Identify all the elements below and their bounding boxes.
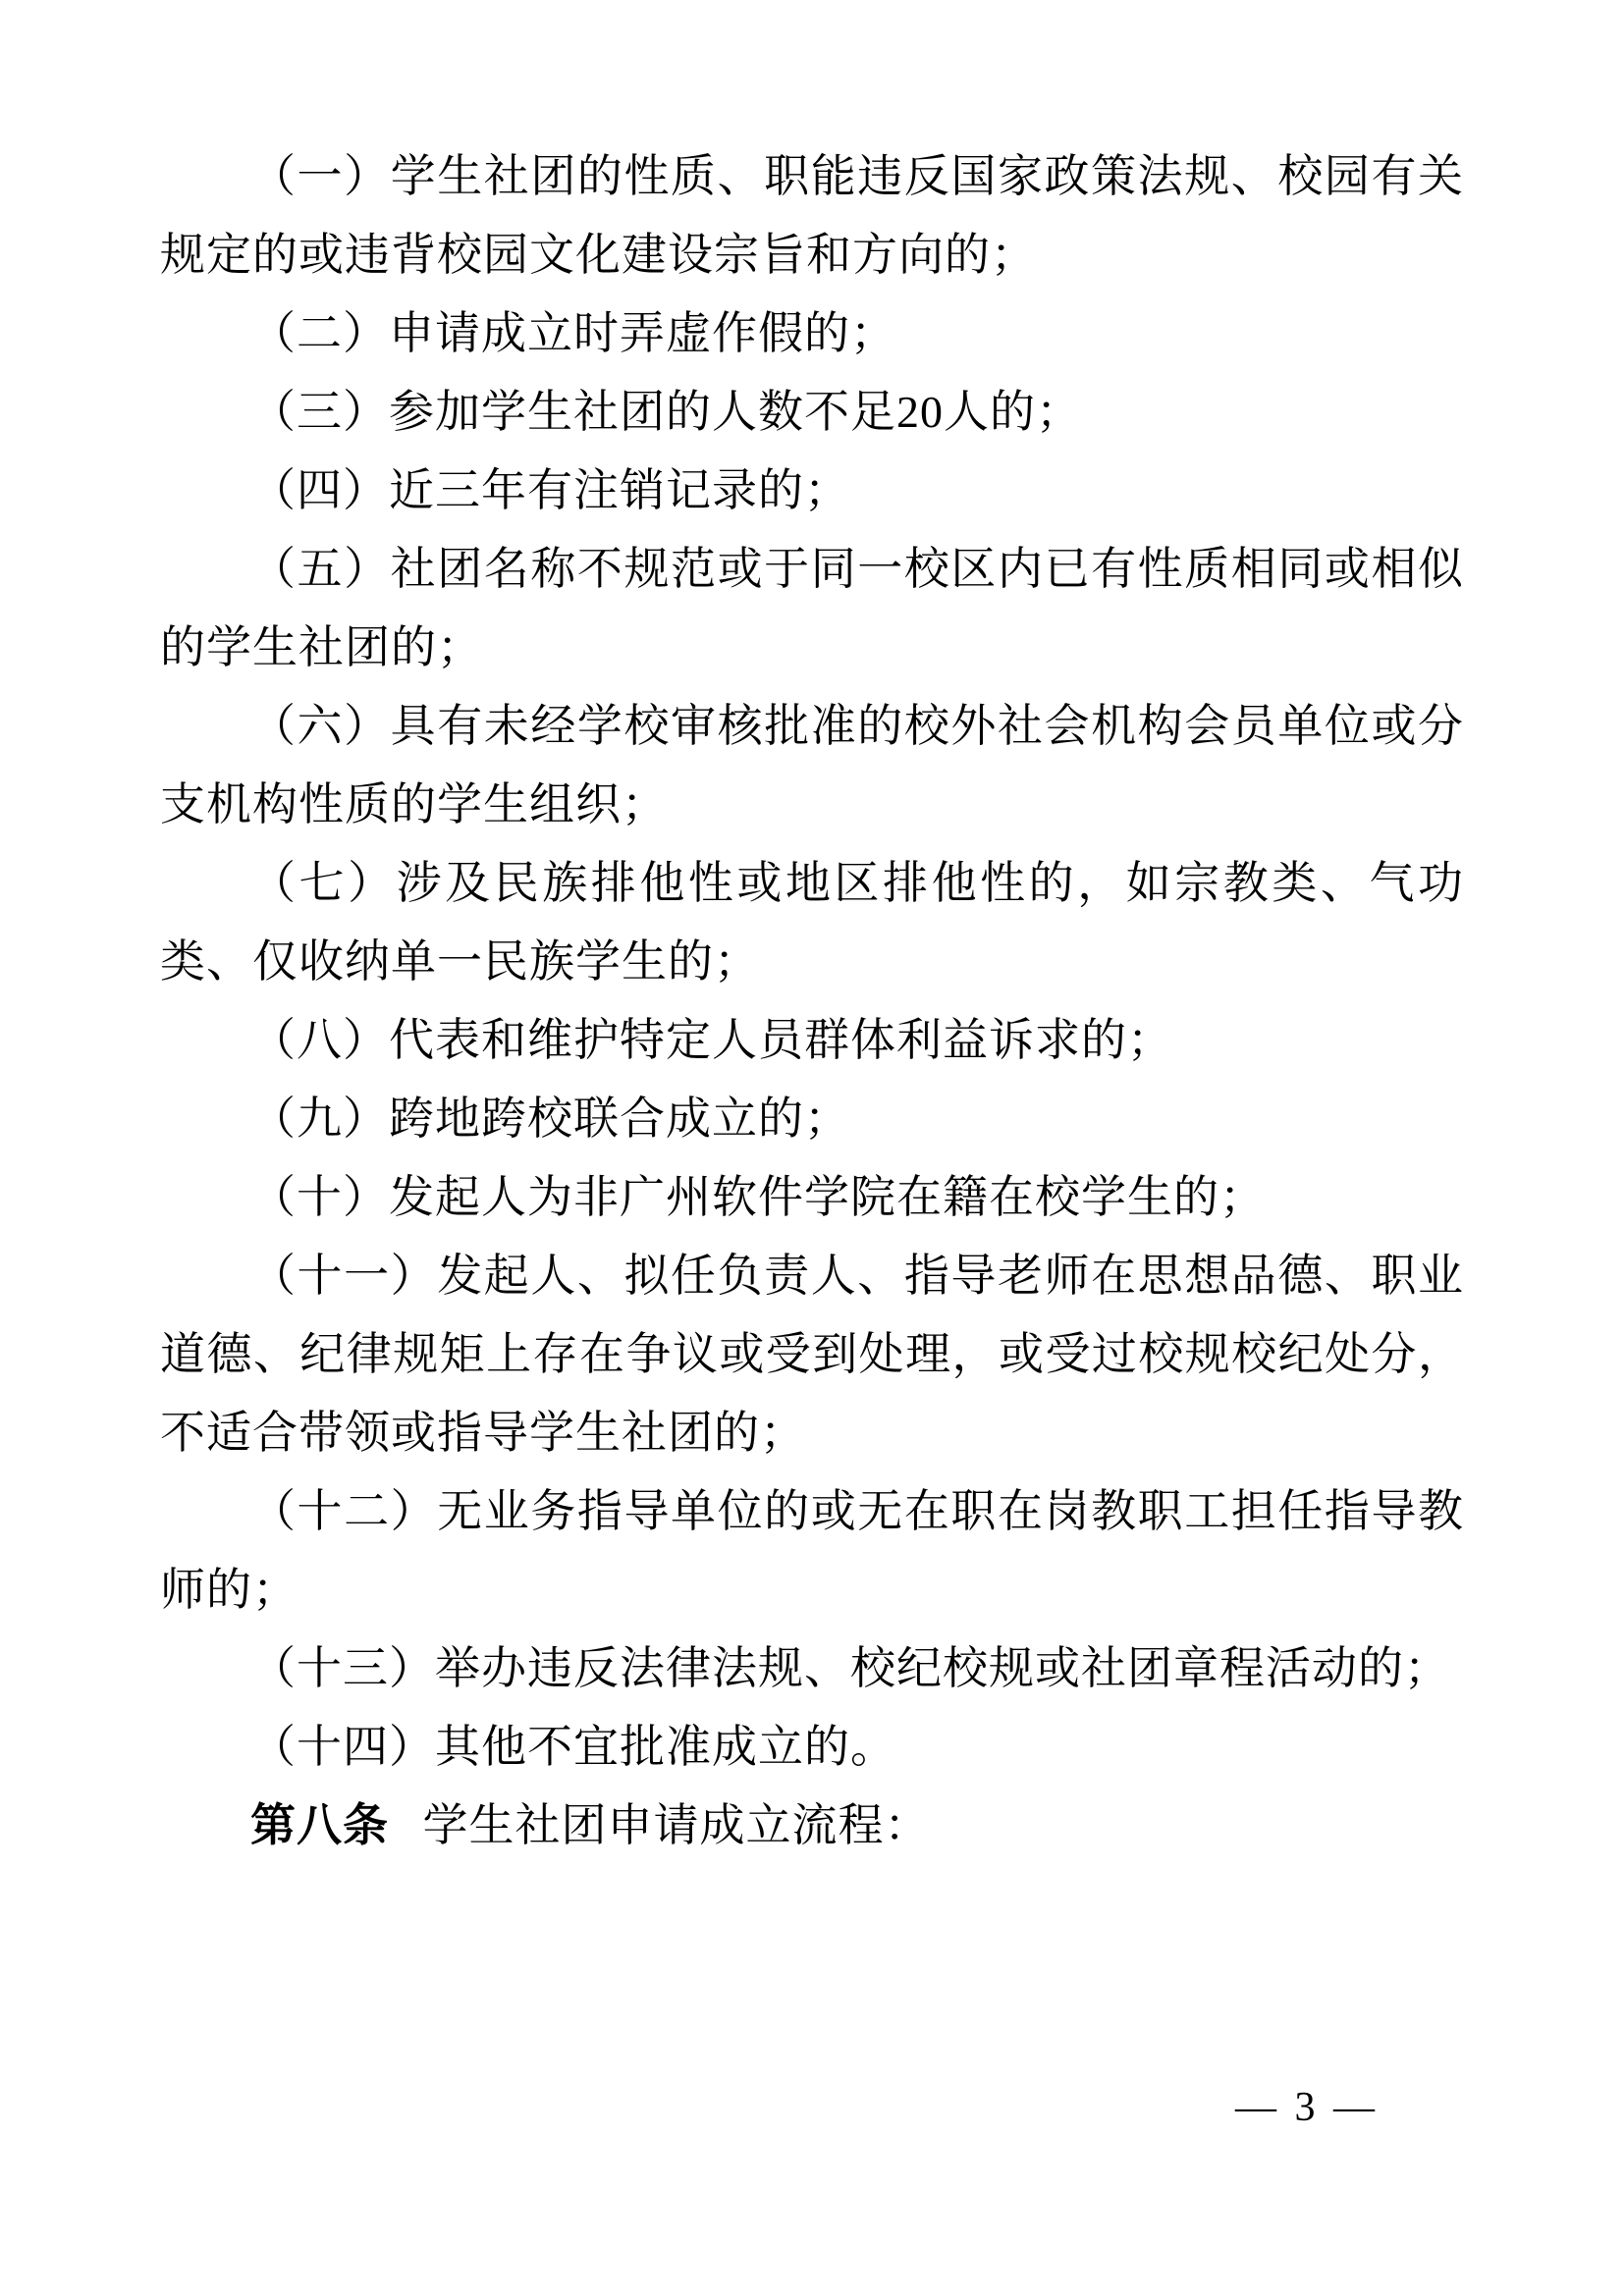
paragraph: （四）近三年有注销记录的； (160, 452, 1464, 530)
paragraph: （十三）举办违反法律法规、校纪校规或社团章程活动的； (160, 1629, 1464, 1708)
paragraph: （十二）无业务指导单位的或无在职在岗教职工担任指导教师的； (160, 1472, 1464, 1629)
paragraph-text: （十四）其他不宜批准成立的。 (250, 1722, 896, 1772)
paragraph-text: （三）参加学生社团的人数不足20人的； (250, 387, 1082, 437)
paragraph-text: （六）具有未经学校审核批准的校外社会机构会员单位或分支机构性质的学生组织； (160, 701, 1464, 829)
paragraph: （十一）发起人、拟任负责人、指导老师在思想品德、职业道德、纪律规矩上存在争议或受… (160, 1237, 1464, 1472)
document-body: （一）学生社团的性质、职能违反国家政策法规、校园有关规定的或违背校园文化建设宗旨… (160, 137, 1464, 1865)
paragraph: 第八条学生社团申请成立流程： (160, 1787, 1464, 1865)
paragraph-text: 学生社团申请成立流程： (423, 1800, 931, 1850)
article-number: 第八条 (250, 1800, 389, 1850)
paragraph: （七）涉及民族排他性或地区排他性的，如宗教类、气功类、仅收纳单一民族学生的； (160, 844, 1464, 1001)
paragraph: （十四）其他不宜批准成立的。 (160, 1708, 1464, 1787)
paragraph-text: （十一）发起人、拟任负责人、指导老师在思想品德、职业道德、纪律规矩上存在争议或受… (160, 1251, 1464, 1458)
paragraph-text: （十）发起人为非广州软件学院在籍在校学生的； (250, 1172, 1266, 1222)
page-number: — 3 — (1235, 2083, 1379, 2132)
paragraph-text: （二）申请成立时弄虚作假的； (250, 308, 896, 358)
paragraph-text: （十三）举办违反法律法规、校纪校规或社团章程活动的； (250, 1643, 1450, 1693)
paragraph: （一）学生社团的性质、职能违反国家政策法规、校园有关规定的或违背校园文化建设宗旨… (160, 137, 1464, 294)
paragraph: （八）代表和维护特定人员群体利益诉求的； (160, 1001, 1464, 1080)
paragraph-text: （一）学生社团的性质、职能违反国家政策法规、校园有关规定的或违背校园文化建设宗旨… (160, 151, 1464, 280)
paragraph: （五）社团名称不规范或于同一校区内已有性质相同或相似的学生社团的； (160, 530, 1464, 687)
paragraph-text: （九）跨地跨校联合成立的； (250, 1094, 850, 1144)
paragraph: （三）参加学生社团的人数不足20人的； (160, 373, 1464, 452)
paragraph-text: （五）社团名称不规范或于同一校区内已有性质相同或相似的学生社团的； (160, 544, 1464, 672)
document-page: （一）学生社团的性质、职能违反国家政策法规、校园有关规定的或违背校园文化建设宗旨… (0, 0, 1624, 2296)
paragraph: （六）具有未经学校审核批准的校外社会机构会员单位或分支机构性质的学生组织； (160, 687, 1464, 844)
paragraph-text: （八）代表和维护特定人员群体利益诉求的； (250, 1015, 1173, 1065)
paragraph: （二）申请成立时弄虚作假的； (160, 294, 1464, 373)
paragraph: （九）跨地跨校联合成立的； (160, 1080, 1464, 1158)
paragraph-text: （四）近三年有注销记录的； (250, 465, 850, 515)
paragraph: （十）发起人为非广州软件学院在籍在校学生的； (160, 1158, 1464, 1237)
paragraph-text: （七）涉及民族排他性或地区排他性的，如宗教类、气功类、仅收纳单一民族学生的； (160, 858, 1464, 987)
paragraph-text: （十二）无业务指导单位的或无在职在岗教职工担任指导教师的； (160, 1486, 1464, 1615)
